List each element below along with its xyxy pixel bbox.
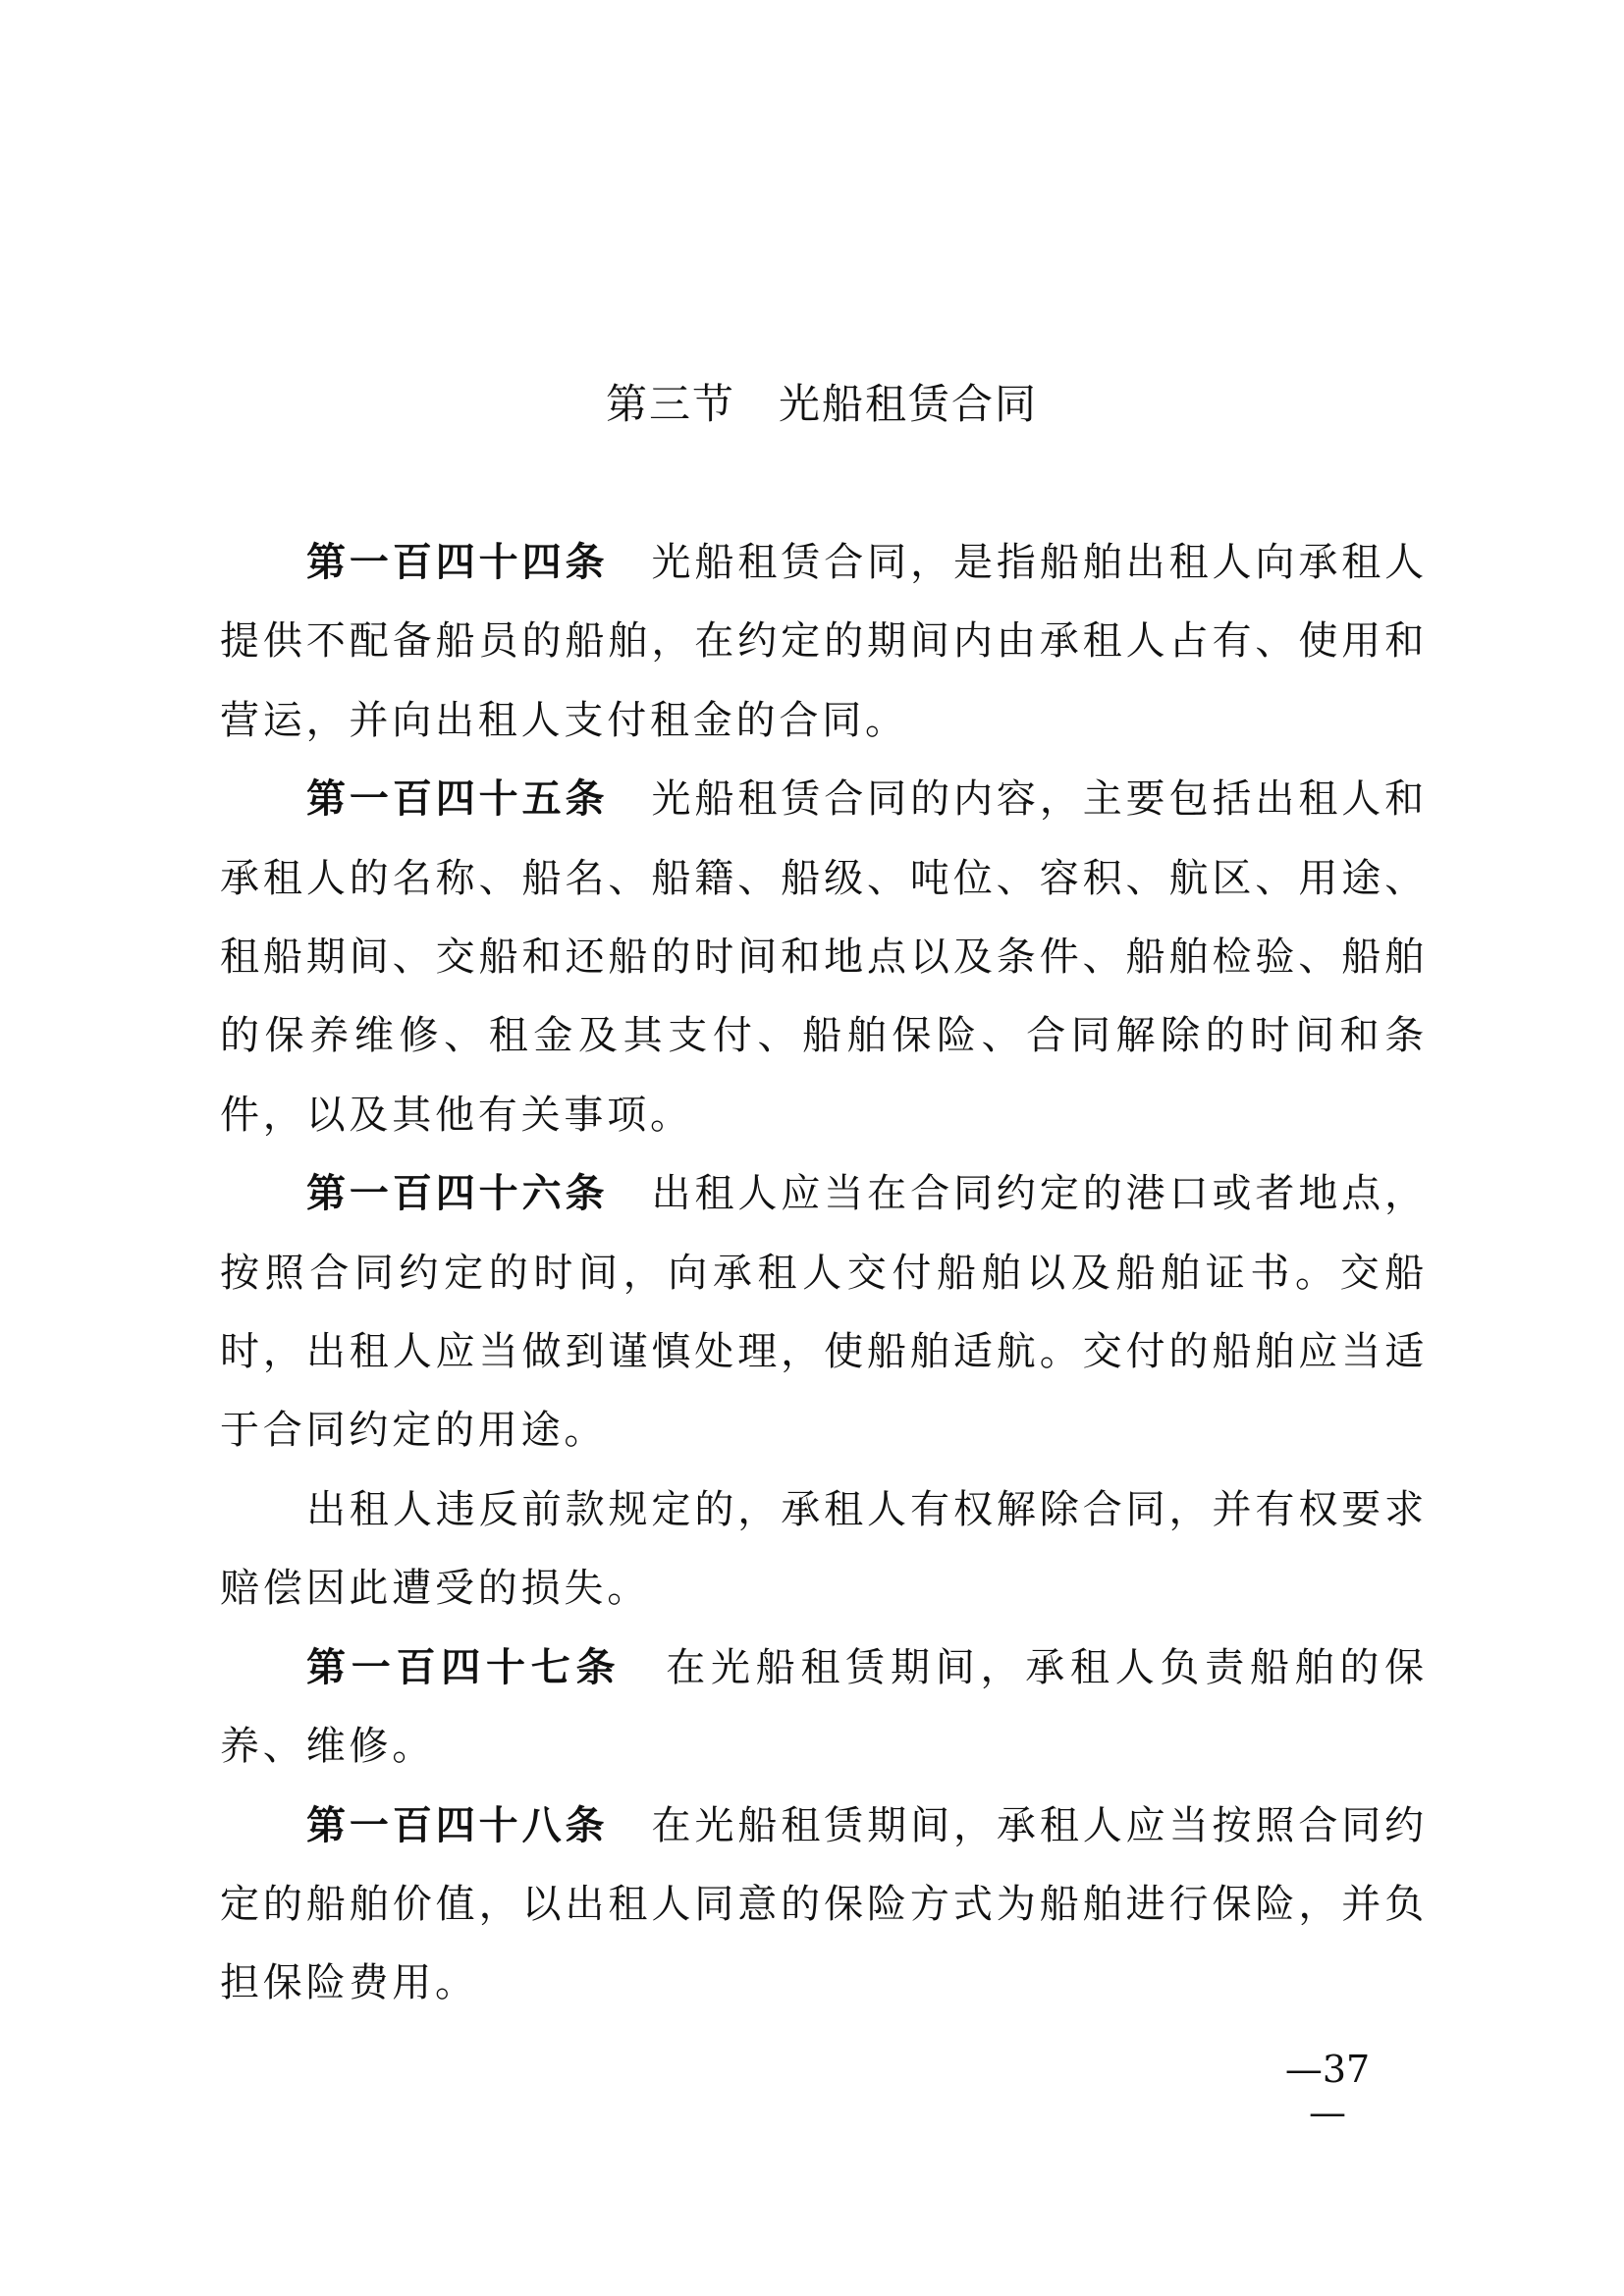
section-title: 第三节 光船租赁合同 xyxy=(0,377,1624,432)
article-number: 第一百四十六条 xyxy=(306,1171,608,1216)
article-number: 第一百四十八条 xyxy=(306,1803,608,1848)
article-number: 第一百四十四条 xyxy=(306,540,608,585)
article-145: 第一百四十五条光船租赁合同的内容，主要包括出租人和承租人的名称、船名、船籍、船级… xyxy=(220,760,1428,1154)
article-146-paragraph-2: 出租人违反前款规定的，承租人有权解除合同，并有权要求赔偿因此遭受的损失。 xyxy=(220,1470,1428,1629)
article-144: 第一百四十四条光船租赁合同，是指船舶出租人向承租人提供不配备船员的船舶，在约定的… xyxy=(220,523,1428,760)
article-number: 第一百四十五条 xyxy=(306,776,608,822)
document-page: 第三节 光船租赁合同 第一百四十四条光船租赁合同，是指船舶出租人向承租人提供不配… xyxy=(0,0,1624,2296)
page-number: —37— xyxy=(1272,2048,1382,2134)
article-148: 第一百四十八条在光船租赁期间，承租人应当按照合同约定的船舶价值，以出租人同意的保… xyxy=(220,1787,1428,2023)
article-number: 第一百四十七条 xyxy=(306,1645,621,1690)
article-147: 第一百四十七条在光船租赁期间，承租人负责船舶的保养、维修。 xyxy=(220,1629,1428,1787)
article-146: 第一百四十六条出租人应当在合同约定的港口或者地点，按照合同约定的时间，向承租人交… xyxy=(220,1154,1428,1470)
article-text: 光船租赁合同的内容，主要包括出租人和承租人的名称、船名、船籍、船级、吨位、容积、… xyxy=(220,776,1428,1138)
document-body: 第一百四十四条光船租赁合同，是指船舶出租人向承租人提供不配备船员的船舶，在约定的… xyxy=(220,523,1428,2023)
